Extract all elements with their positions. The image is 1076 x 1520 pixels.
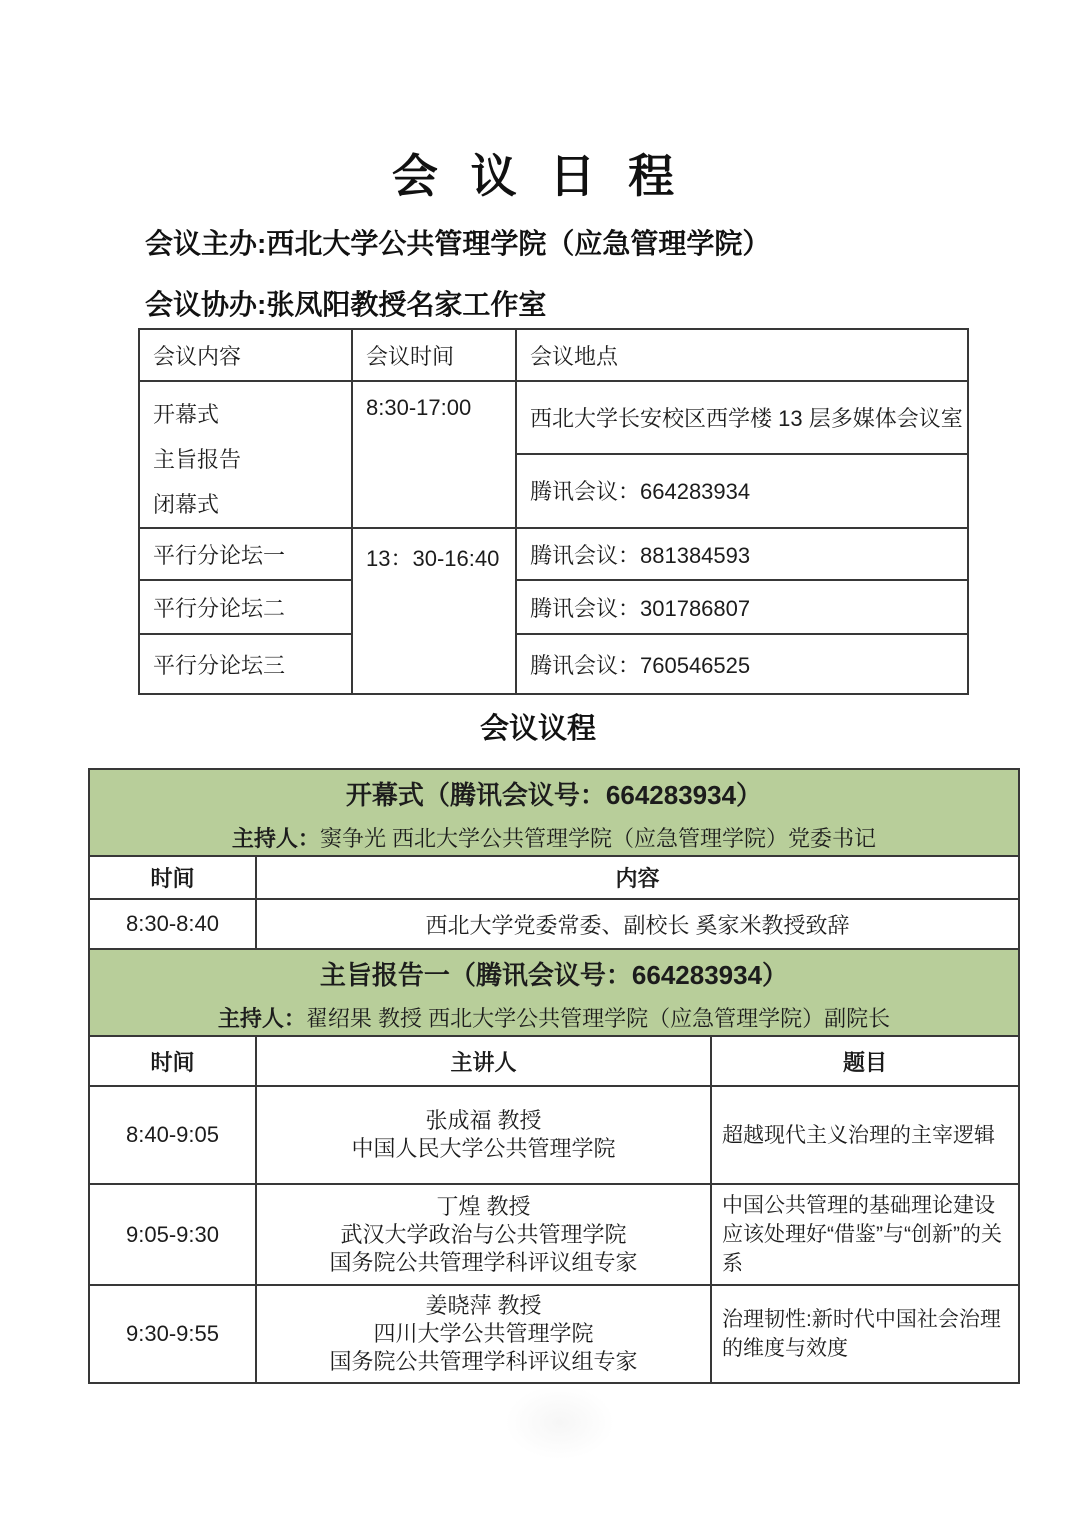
opening-line-3: 闭幕式 [153,482,351,527]
opening-row-time: 8:30-8:40 [89,899,256,949]
opening-band-cell: 开幕式（腾讯会议号：664283934） 主持人：窦争光 西北大学公共管理学院（… [89,769,1019,856]
forum-3-meeting-id-cell: 腾讯会议：760546525 [516,634,968,694]
keynote-band-host: 主持人：翟绍果 教授 西北大学公共管理学院（应急管理学院）副院长 [91,1002,1017,1033]
forum-2-name-cell: 平行分论坛二 [139,580,352,634]
keynote-1-topic: 超越现代主义治理的主宰逻辑 [711,1086,1019,1184]
opening-header-time: 时间 [89,856,256,899]
agenda-table: 开幕式（腾讯会议号：664283934） 主持人：窦争光 西北大学公共管理学院（… [88,768,1020,1384]
opening-band-host: 主持人：窦争光 西北大学公共管理学院（应急管理学院）党委书记 [91,822,1017,853]
keynote-3-time: 9:30-9:55 [89,1285,256,1383]
opening-header-content: 内容 [256,856,1019,899]
keynote-header-speaker: 主讲人 [256,1036,711,1086]
keynote-band-cell: 主旨报告一（腾讯会议号：664283934） 主持人：翟绍果 教授 西北大学公共… [89,949,1019,1036]
speaker-line: 丁煌 教授 [258,1193,709,1221]
keynote-header-topic: 题目 [711,1036,1019,1086]
opening-time-cell: 8:30-17:00 [352,381,516,528]
forum-3-name-cell: 平行分论坛三 [139,634,352,694]
host-name: 窦争光 西北大学公共管理学院（应急管理学院）党委书记 [320,826,876,851]
watermark-smudge [505,1385,615,1460]
speaker-line: 国务院公共管理学科评议组专家 [258,1348,709,1376]
keynote-band-row: 主旨报告一（腾讯会议号：664283934） 主持人：翟绍果 教授 西北大学公共… [89,949,1019,1036]
speaker-line: 四川大学公共管理学院 [258,1320,709,1348]
table-row: 8:30-8:40 西北大学党委常委、副校长 奚家米教授致辞 [89,899,1019,949]
table-row: 平行分论坛三 腾讯会议：760546525 [139,634,968,694]
keynote-header-row: 时间 主讲人 题目 [89,1036,1019,1086]
keynote-2-time: 9:05-9:30 [89,1184,256,1285]
host-name: 翟绍果 教授 西北大学公共管理学院（应急管理学院）副院长 [306,1006,890,1031]
opening-band-title: 开幕式（腾讯会议号：664283934） [91,775,1017,812]
opening-line-1: 开幕式 [153,392,351,437]
opening-venue-cell: 西北大学长安校区西学楼 13 层多媒体会议室 [516,381,968,454]
host-label: 主持人： [218,1006,306,1031]
speaker-line: 中国人民大学公共管理学院 [258,1135,709,1163]
host-label: 主持人： [232,826,320,851]
overview-table: 会议内容 会议时间 会议地点 开幕式 主旨报告 闭幕式 8:30-17:00 西… [138,328,969,695]
keynote-band-title: 主旨报告一（腾讯会议号：664283934） [91,955,1017,992]
speaker-line: 国务院公共管理学科评议组专家 [258,1249,709,1277]
agenda-section-title: 会议议程 [0,706,1076,747]
opening-band-row: 开幕式（腾讯会议号：664283934） 主持人：窦争光 西北大学公共管理学院（… [89,769,1019,856]
opening-content-cell: 开幕式 主旨报告 闭幕式 [139,381,352,528]
table-row: 9:30-9:55 姜晓萍 教授 四川大学公共管理学院 国务院公共管理学科评议组… [89,1285,1019,1383]
keynote-3-topic: 治理韧性:新时代中国社会治理的维度与效度 [711,1285,1019,1383]
speaker-line: 姜晓萍 教授 [258,1292,709,1320]
overview-header-venue: 会议地点 [516,329,968,381]
forum-1-name-cell: 平行分论坛一 [139,528,352,580]
keynote-1-time: 8:40-9:05 [89,1086,256,1184]
opening-header-row: 时间 内容 [89,856,1019,899]
opening-meeting-id-cell: 腾讯会议：664283934 [516,454,968,528]
table-row: 8:40-9:05 张成福 教授 中国人民大学公共管理学院 超越现代主义治理的主… [89,1086,1019,1184]
keynote-3-speaker: 姜晓萍 教授 四川大学公共管理学院 国务院公共管理学科评议组专家 [256,1285,711,1383]
overview-header-content: 会议内容 [139,329,352,381]
opening-row-content: 西北大学党委常委、副校长 奚家米教授致辞 [256,899,1019,949]
table-row: 平行分论坛一 13：30-16:40 腾讯会议：881384593 [139,528,968,580]
keynote-2-speaker: 丁煌 教授 武汉大学政治与公共管理学院 国务院公共管理学科评议组专家 [256,1184,711,1285]
speaker-line: 张成福 教授 [258,1107,709,1135]
keynote-1-speaker: 张成福 教授 中国人民大学公共管理学院 [256,1086,711,1184]
host-line: 会议主办:西北大学公共管理学院（应急管理学院） [145,222,770,262]
speaker-line: 武汉大学政治与公共管理学院 [258,1221,709,1249]
co-host-line: 会议协办:张凤阳教授名家工作室 [145,283,546,323]
table-row: 平行分论坛二 腾讯会议：301786807 [139,580,968,634]
keynote-2-topic: 中国公共管理的基础理论建设应该处理好“借鉴”与“创新”的关系 [711,1184,1019,1285]
forums-time-cell: 13：30-16:40 [352,528,516,694]
forum-1-meeting-id-cell: 腾讯会议：881384593 [516,528,968,580]
forum-2-meeting-id-cell: 腾讯会议：301786807 [516,580,968,634]
table-row: 开幕式 主旨报告 闭幕式 8:30-17:00 西北大学长安校区西学楼 13 层… [139,381,968,454]
page: 会 议 日 程 会议主办:西北大学公共管理学院（应急管理学院） 会议协办:张凤阳… [0,0,1076,1520]
opening-line-2: 主旨报告 [153,437,351,482]
table-row: 9:05-9:30 丁煌 教授 武汉大学政治与公共管理学院 国务院公共管理学科评… [89,1184,1019,1285]
keynote-header-time: 时间 [89,1036,256,1086]
overview-header-time: 会议时间 [352,329,516,381]
page-title: 会 议 日 程 [0,140,1076,206]
overview-header-row: 会议内容 会议时间 会议地点 [139,329,968,381]
